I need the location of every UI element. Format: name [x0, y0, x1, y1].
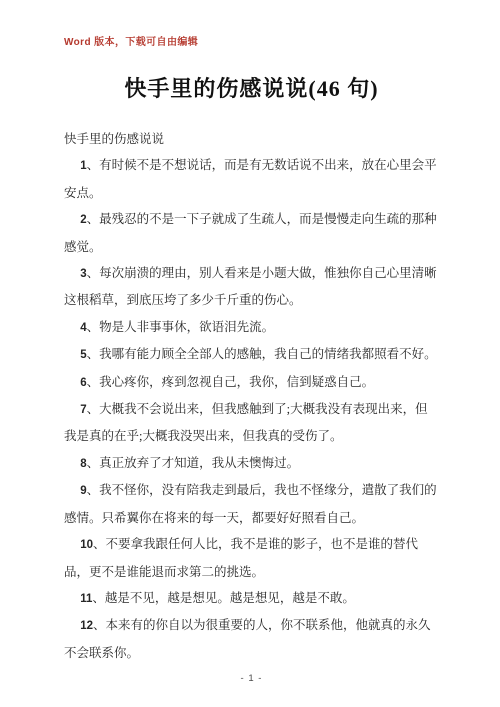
document-title: 快手里的伤感说说(46 句) — [64, 74, 439, 104]
paragraph-text: 、真正放弃了才知道，我从未懊悔过。 — [87, 456, 300, 470]
paragraph-text: 、越是不见，越是想见。越是想见，越是不敢。 — [92, 591, 355, 605]
page-number: - 1 - — [64, 673, 439, 684]
paragraph: 9、我不怪你，没有陪我走到最后，我也不怪缘分，遣散了我们的感情。只希翼你在将来的… — [64, 477, 439, 531]
document-body: 快手里的伤感说说 1、有时候不是不想说话，而是有无数话说不出来，放在心里会平安点… — [64, 126, 439, 666]
paragraph-text: 、物是人非事事休，欲语泪先流。 — [87, 320, 275, 334]
paragraph: 7、大概我不会说出来，但我感触到了;大概我没有表现出来，但我是真的在乎;大概我没… — [64, 396, 439, 450]
paragraph-text: 、有时候不是不想说话，而是有无数话说不出来，放在心里会平安点。 — [64, 158, 437, 199]
paragraph-text: 、不要拿我跟任何人比，我不是谁的影子，也不是谁的替代品，更不是谁能退而求第二的挑… — [64, 537, 418, 578]
paragraph: 2、最残忍的不是一下子就成了生疏人，而是慢慢走向生疏的那种感觉。 — [64, 206, 439, 260]
paragraph-number: 10 — [80, 539, 93, 551]
paragraph: 10、不要拿我跟任何人比，我不是谁的影子，也不是谁的替代品，更不是谁能退而求第二… — [64, 531, 439, 585]
document-subtitle: 快手里的伤感说说 — [64, 126, 439, 152]
paragraph: 8、真正放弃了才知道，我从未懊悔过。 — [64, 450, 439, 477]
paragraph-text: 、大概我不会说出来，但我感触到了;大概我没有表现出来，但我是真的在乎;大概我没哭… — [64, 402, 428, 443]
document-page: Word 版本，下载可自由编辑 快手里的伤感说说(46 句) 快手里的伤感说说 … — [0, 0, 500, 707]
paragraph-number: 11 — [80, 593, 92, 605]
paragraph-number: 12 — [80, 620, 93, 632]
paragraph: 12、本来有的你自以为很重要的人，你不联系他，他就真的永久不会联系你。 — [64, 612, 439, 666]
paragraph-text: 、本来有的你自以为很重要的人，你不联系他，他就真的永久不会联系你。 — [64, 618, 431, 659]
paragraph: 11、越是不见，越是想见。越是想见，越是不敢。 — [64, 585, 439, 612]
paragraph-list: 1、有时候不是不想说话，而是有无数话说不出来，放在心里会平安点。2、最残忍的不是… — [64, 152, 439, 666]
paragraph: 4、物是人非事事休，欲语泪先流。 — [64, 314, 439, 341]
paragraph: 5、我哪有能力顾全全部人的感触，我自己的情绪我都照看不好。 — [64, 341, 439, 368]
paragraph-text: 、每次崩溃的理由，别人看来是小题大做，惟独你自己心里清晰这根稻草，到底压垮了多少… — [64, 266, 437, 307]
paragraph-text: 、我心疼你，疼到忽视自己，我你，信到疑惑自己。 — [87, 375, 375, 389]
paragraph-text: 、我哪有能力顾全全部人的感触，我自己的情绪我都照看不好。 — [87, 347, 437, 361]
paragraph: 6、我心疼你，疼到忽视自己，我你，信到疑惑自己。 — [64, 369, 439, 396]
paragraph-text: 、我不怪你，没有陪我走到最后，我也不怪缘分，遣散了我们的感情。只希翼你在将来的每… — [64, 483, 437, 524]
word-version-note: Word 版本，下载可自由编辑 — [64, 33, 439, 48]
paragraph-text: 、最残忍的不是一下子就成了生疏人，而是慢慢走向生疏的那种感觉。 — [64, 212, 437, 253]
paragraph: 3、每次崩溃的理由，别人看来是小题大做，惟独你自己心里清晰这根稻草，到底压垮了多… — [64, 260, 439, 314]
paragraph: 1、有时候不是不想说话，而是有无数话说不出来，放在心里会平安点。 — [64, 152, 439, 206]
